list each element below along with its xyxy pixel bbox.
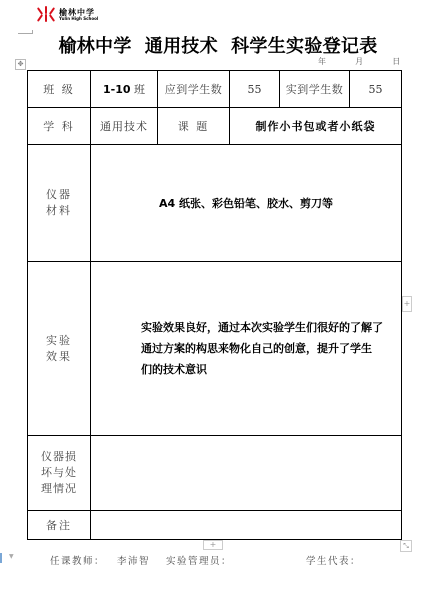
remarks-label: 备注 (28, 511, 91, 540)
table-row-subject: 学 科 通用技术 课 题 制作小书包或者小纸袋 (28, 108, 402, 145)
topic-label: 课 题 (158, 108, 230, 145)
effect-value[interactable]: 实验效果良好，通过本次实验学生们很好的了解了 通过方案的构思来物化自己的创意，提… (91, 262, 402, 436)
class-value-cell[interactable]: 1-10 班 (91, 71, 158, 108)
add-row-icon[interactable]: + (203, 540, 223, 550)
topic-value[interactable]: 制作小书包或者小纸袋 (230, 108, 402, 145)
effect-line1: 实验效果良好，通过本次实验学生们很好的了解了 (141, 317, 401, 338)
actual-students-value[interactable]: 55 (350, 71, 402, 108)
teacher-label: 任课教师： (50, 553, 105, 567)
student-rep-label: 学生代表： (306, 553, 361, 567)
expected-students-value[interactable]: 55 (230, 71, 280, 108)
add-column-icon[interactable]: + (402, 296, 412, 312)
logo-mark-icon (37, 6, 55, 22)
table-move-handle-icon[interactable]: ✥ (15, 59, 26, 70)
materials-label-line2: 材料 (28, 203, 90, 219)
damage-label-line3: 理情况 (28, 481, 90, 497)
logo-chinese-name: 榆林中学 (59, 8, 98, 16)
text-cursor-marker (0, 553, 2, 563)
damage-label-line2: 坏与处 (28, 465, 90, 481)
effect-line2: 通过方案的构思来物化自己的创意，提升了学生 (141, 338, 401, 359)
effect-line3: 们的技术意识 (141, 359, 401, 380)
table-row-damage: 仪器损 坏与处 理情况 (28, 436, 402, 511)
table-row-effect: 实验 效果 实验效果良好，通过本次实验学生们很好的了解了 通过方案的构思来物化自… (28, 262, 402, 436)
teacher-name[interactable]: 李沛智 (117, 553, 150, 567)
date-day: 日 (392, 56, 400, 67)
subject-label: 学 科 (28, 108, 91, 145)
subject-value[interactable]: 通用技术 (91, 108, 158, 145)
damage-label: 仪器损 坏与处 理情况 (28, 436, 91, 511)
date-month: 月 (355, 56, 363, 67)
table-row-class: 班 级 1-10 班 应到学生数 55 实到学生数 55 (28, 71, 402, 108)
damage-value[interactable] (91, 436, 402, 511)
effect-label-line1: 实验 (28, 333, 90, 349)
date-line: 年 月 日 (318, 56, 400, 67)
effect-label: 实验 效果 (28, 262, 91, 436)
lab-admin-label: 实验管理员： (166, 553, 232, 567)
class-value: 1-10 (103, 83, 131, 96)
materials-label-line1: 仪器 (28, 187, 90, 203)
class-label: 班 级 (28, 71, 91, 108)
materials-label: 仪器 材料 (28, 145, 91, 262)
table-row-remarks: 备注 (28, 511, 402, 540)
effect-label-line2: 效果 (28, 349, 90, 365)
remarks-value[interactable] (91, 511, 402, 540)
logo-english-name: Yulin High School (59, 17, 98, 21)
date-year: 年 (318, 56, 326, 67)
dropdown-arrow-icon[interactable]: ▼ (9, 553, 14, 560)
damage-label-line1: 仪器损 (28, 449, 90, 465)
table-resize-icon[interactable]: ⤡ (400, 540, 412, 552)
table-row-materials: 仪器 材料 A4 纸张、彩色铅笔、胶水、剪刀等 (28, 145, 402, 262)
school-logo: 榆林中学 Yulin High School (37, 5, 98, 23)
class-suffix: 班 (134, 83, 145, 96)
document-title: 榆林中学 通用技术 科学生实验登记表 (0, 32, 436, 58)
experiment-record-table: 班 级 1-10 班 应到学生数 55 实到学生数 55 学 科 通用技术 课 … (27, 70, 402, 540)
actual-students-label: 实到学生数 (280, 71, 350, 108)
materials-value[interactable]: A4 纸张、彩色铅笔、胶水、剪刀等 (91, 145, 402, 262)
expected-students-label: 应到学生数 (158, 71, 230, 108)
